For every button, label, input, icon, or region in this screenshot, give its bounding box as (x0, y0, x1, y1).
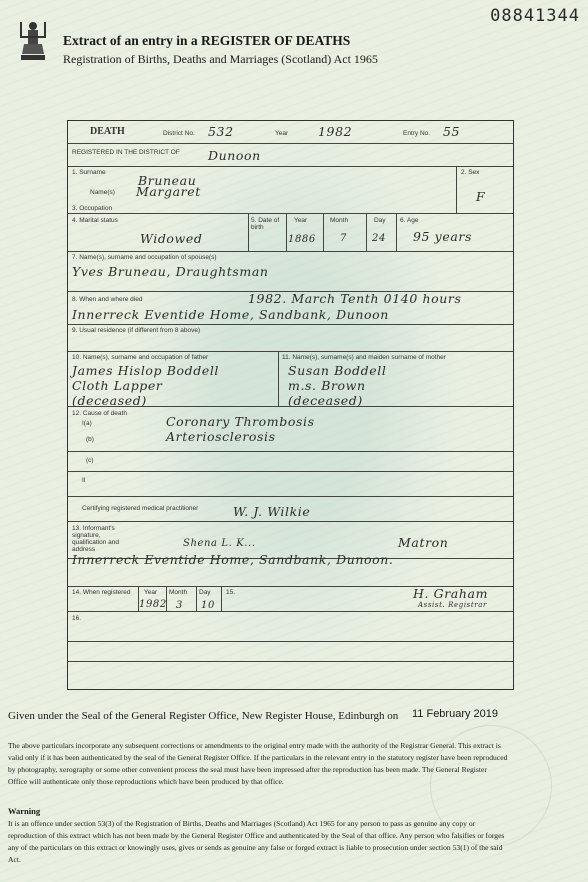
cause-ii-label: II (82, 477, 86, 484)
spouse-label: 7. Name(s), surname and occupation of sp… (72, 254, 217, 261)
cause-b-label: (b) (86, 436, 94, 443)
cause-label: 12. Cause of death (72, 410, 127, 417)
given-under-seal-text: Given under the Seal of the General Regi… (8, 710, 398, 722)
cause-b-value: Arteriosclerosis (166, 429, 276, 444)
died-when-value: 1982. March Tenth 0140 hours (248, 291, 461, 306)
registered-district-value: Dunoon (208, 148, 261, 163)
names-value: Margaret (136, 184, 201, 199)
died-where-value: Innerreck Eventide Home, Sandbank, Dunoo… (72, 307, 389, 322)
surname-label: 1. Surname (72, 169, 106, 176)
warning-heading: Warning (8, 806, 40, 816)
mother-line3: (deceased) (288, 393, 363, 408)
reg-month-label: Month (169, 589, 187, 596)
cause-c-label: (c) (86, 457, 94, 464)
informant-qualification: Matron (398, 535, 448, 550)
document-title: Extract of an entry in a REGISTER OF DEA… (63, 33, 350, 49)
district-no-label: District No. (163, 130, 195, 137)
reg-day-value: 10 (201, 600, 215, 611)
dob-year-value: 1886 (288, 234, 316, 245)
mother-line1: Susan Boddell (288, 363, 386, 378)
entry-no-value: 55 (443, 124, 460, 139)
year-label: Year (275, 130, 288, 137)
cause-ia-label: I(a) (82, 420, 92, 427)
authenticity-paragraph: The above particulars incorporate any su… (8, 740, 508, 788)
certifying-value: W. J. Wilkie (233, 504, 310, 519)
informant-label: 13. Informant's signature, qualification… (72, 525, 132, 553)
sex-value: F (476, 189, 485, 204)
reg-month-value: 3 (176, 600, 183, 611)
dob-day-value: 24 (372, 233, 386, 244)
serial-number: 08841344 (490, 6, 580, 26)
death-register-form: DEATH District No. 532 Year 1982 Entry N… (67, 120, 514, 690)
when-registered-label: 14. When registered (72, 589, 134, 596)
father-line3: (deceased) (72, 393, 147, 408)
document-subtitle: Registration of Births, Deaths and Marri… (63, 52, 378, 67)
certifying-label: Certifying registered medical practition… (82, 505, 198, 512)
names-label: Name(s) (90, 189, 115, 196)
mother-label: 11. Name(s), surname(s) and maiden surna… (282, 354, 446, 361)
year-value: 1982 (318, 124, 352, 139)
age-value: 95 years (413, 229, 472, 244)
given-date: 11 February 2019 (412, 708, 498, 720)
marital-status-label: 4. Marital status (72, 217, 118, 224)
father-label: 10. Name(s), surname and occupation of f… (72, 354, 208, 361)
royal-crest-icon (18, 18, 48, 62)
sex-label: 2. Sex (461, 169, 479, 176)
registrar-title: Assist. Registrar (418, 601, 487, 609)
usual-residence-label: 9. Usual residence (if different from 8 … (72, 327, 200, 334)
district-no-value: 532 (208, 124, 234, 139)
reg-year-value: 1982 (139, 599, 167, 610)
father-line2: Cloth Lapper (72, 378, 162, 393)
dob-label: 5. Date of birth (251, 217, 285, 231)
reg-day-label: Day (199, 589, 211, 596)
field15-label: 15. (226, 589, 235, 596)
registered-district-label: REGISTERED IN THE DISTRICT OF (72, 149, 180, 156)
reg-year-label: Year (144, 589, 157, 596)
dob-month-label: Month (330, 217, 348, 224)
registrar-signature: H. Graham (413, 586, 488, 601)
when-where-died-label: 8. When and where died (72, 296, 142, 303)
spouse-value: Yves Bruneau, Draughtsman (72, 264, 269, 279)
death-label: DEATH (90, 128, 125, 135)
informant-signature: Shena L. K... (183, 538, 256, 549)
occupation-label: 3. Occupation (72, 205, 112, 212)
mother-line2: m.s. Brown (288, 378, 366, 393)
dob-month-value: 7 (340, 233, 347, 244)
warning-paragraph: It is an offence under section 53(3) of … (8, 818, 508, 866)
dob-year-label: Year (294, 217, 307, 224)
entry-no-label: Entry No. (403, 130, 430, 137)
informant-address: Innerreck Eventide Home, Sandbank, Dunoo… (72, 552, 393, 567)
marital-status-value: Widowed (140, 231, 202, 246)
cause-ia-value: Coronary Thrombosis (166, 414, 315, 429)
dob-day-label: Day (374, 217, 386, 224)
age-label: 6. Age (400, 217, 418, 224)
father-line1: James Hislop Boddell (72, 363, 219, 378)
field16-label: 16. (72, 615, 81, 622)
